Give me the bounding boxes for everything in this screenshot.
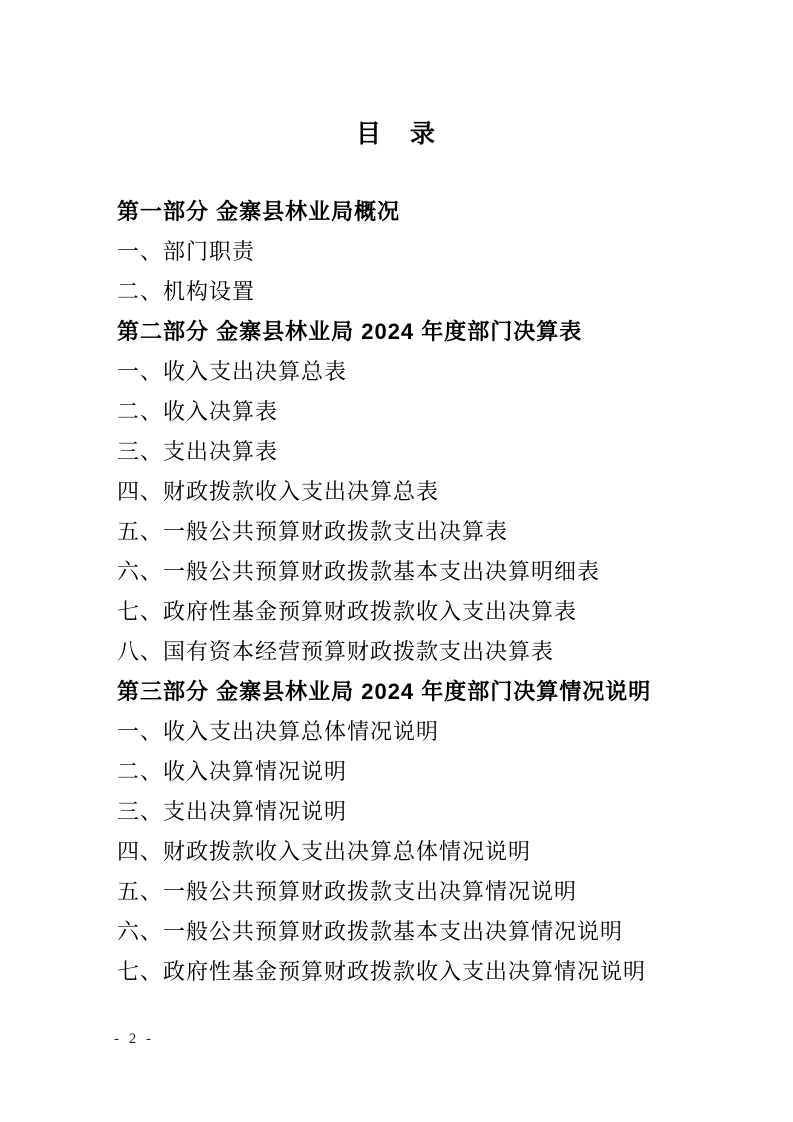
toc-item: 四、财政拨款收入支出决算总体情况说明 [117, 832, 717, 872]
toc-section-heading: 第三部分 金寨县林业局 2024 年度部门决算情况说明 [117, 672, 717, 712]
toc-section-heading: 第一部分 金寨县林业局概况 [117, 192, 717, 232]
toc-item: 二、收入决算表 [117, 392, 717, 432]
document-page: 目 录 第一部分 金寨县林业局概况一、部门职责二、机构设置第二部分 金寨县林业局… [0, 0, 793, 1122]
toc-item: 一、部门职责 [117, 232, 717, 272]
toc-item: 七、政府性基金预算财政拨款收入支出决算表 [117, 592, 717, 632]
table-of-contents: 第一部分 金寨县林业局概况一、部门职责二、机构设置第二部分 金寨县林业局 202… [117, 192, 717, 992]
toc-item: 五、一般公共预算财政拨款支出决算表 [117, 512, 717, 552]
page-title: 目 录 [0, 119, 793, 149]
toc-item: 三、支出决算表 [117, 432, 717, 472]
toc-item: 四、财政拨款收入支出决算总表 [117, 472, 717, 512]
toc-item: 五、一般公共预算财政拨款支出决算情况说明 [117, 872, 717, 912]
toc-item: 八、国有资本经营预算财政拨款支出决算表 [117, 632, 717, 672]
toc-item: 二、机构设置 [117, 272, 717, 312]
toc-item: 六、一般公共预算财政拨款基本支出决算明细表 [117, 552, 717, 592]
toc-item: 七、政府性基金预算财政拨款收入支出决算情况说明 [117, 952, 717, 992]
toc-item: 二、收入决算情况说明 [117, 752, 717, 792]
toc-item: 一、收入支出决算总体情况说明 [117, 712, 717, 752]
toc-item: 六、一般公共预算财政拨款基本支出决算情况说明 [117, 912, 717, 952]
toc-section-heading: 第二部分 金寨县林业局 2024 年度部门决算表 [117, 312, 717, 352]
toc-item: 一、收入支出决算总表 [117, 352, 717, 392]
page-number: - 2 - [114, 1031, 154, 1048]
toc-item: 三、支出决算情况说明 [117, 792, 717, 832]
